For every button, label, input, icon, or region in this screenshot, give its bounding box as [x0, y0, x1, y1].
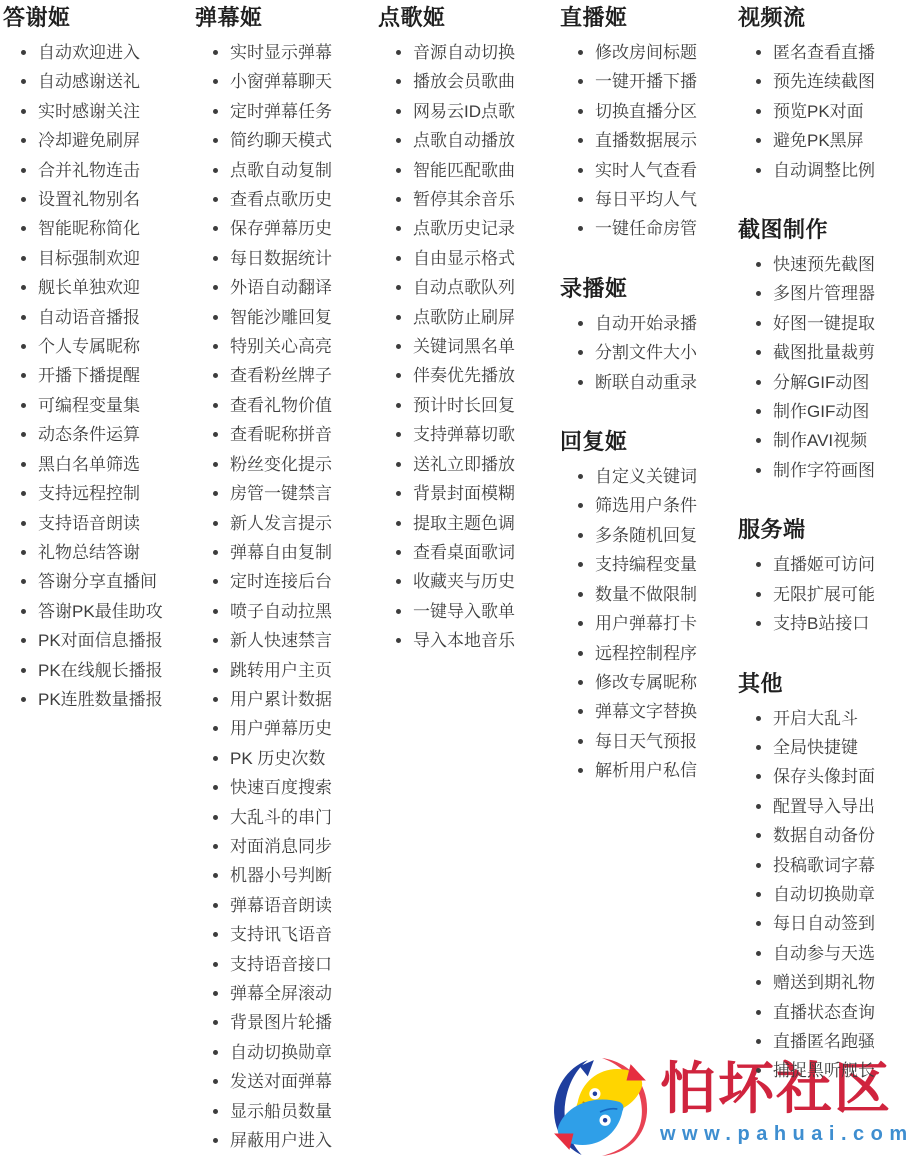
column-2: 弹幕姬实时显示弹幕小窗弹幕聊天定时弹幕任务简约聊天模式点歌自动复制查看点歌历史保… [195, 0, 385, 1155]
feature-item: 数据自动备份 [773, 821, 913, 850]
feature-item: 匿名查看直播 [773, 38, 913, 67]
feature-item: 自动调整比例 [773, 156, 913, 185]
feature-item: 新人发言提示 [230, 509, 385, 538]
feature-item: 用户累计数据 [230, 685, 385, 714]
feature-item: 自动参与天选 [773, 939, 913, 968]
feature-item: 多条随机回复 [595, 521, 750, 550]
column-3: 点歌姬音源自动切换播放会员歌曲网易云ID点歌点歌自动播放智能匹配歌曲暂停其余音乐… [378, 0, 568, 656]
section-4-1: 直播姬修改房间标题一键开播下播切换直播分区直播数据展示实时人气查看每日平均人气一… [560, 6, 750, 244]
feature-item: 实时显示弹幕 [230, 38, 385, 67]
feature-list: 快速预先截图多图片管理器好图一键提取截图批量裁剪分解GIF动图制作GIF动图制作… [738, 250, 913, 485]
feature-item: 预览PK对面 [773, 97, 913, 126]
feature-item: 数量不做限制 [595, 580, 750, 609]
feature-item: 捕捉黑听舰长 [773, 1056, 913, 1085]
feature-item: 支持语音朗读 [38, 509, 193, 538]
feature-item: 可编程变量集 [38, 391, 193, 420]
feature-item: 快速预先截图 [773, 250, 913, 279]
feature-item: 无限扩展可能 [773, 580, 913, 609]
feature-item: 点歌自动复制 [230, 156, 385, 185]
feature-item: 点歌历史记录 [413, 214, 568, 243]
feature-item: 赠送到期礼物 [773, 968, 913, 997]
feature-item: 动态条件运算 [38, 420, 193, 449]
section-title: 弹幕姬 [195, 6, 385, 29]
feature-item: 答谢分享直播间 [38, 567, 193, 596]
feature-item: 对面消息同步 [230, 832, 385, 861]
feature-item: 导入本地音乐 [413, 626, 568, 655]
section-1-1: 答谢姬自动欢迎进入自动感谢送礼实时感谢关注冷却避免刷屏合并礼物连击设置礼物别名智… [3, 6, 193, 714]
section-4-3: 回复姬自定义关键词筛选用户条件多条随机回复支持编程变量数量不做限制用户弹幕打卡远… [560, 430, 750, 785]
feature-item: 支持讯飞语音 [230, 920, 385, 949]
section-5-3: 服务端直播姬可访问无限扩展可能支持B站接口 [738, 518, 913, 638]
column-1: 答谢姬自动欢迎进入自动感谢送礼实时感谢关注冷却避免刷屏合并礼物连击设置礼物别名智… [3, 0, 193, 714]
feature-item: 实时人气查看 [595, 156, 750, 185]
feature-item: PK在线舰长播报 [38, 656, 193, 685]
feature-item: 用户弹幕历史 [230, 714, 385, 743]
section-title: 点歌姬 [378, 6, 568, 29]
section-title: 其他 [738, 672, 913, 695]
section-title: 视频流 [738, 6, 913, 29]
feature-item: 小窗弹幕聊天 [230, 67, 385, 96]
feature-list: 直播姬可访问无限扩展可能支持B站接口 [738, 550, 913, 638]
feature-item: 查看点歌历史 [230, 185, 385, 214]
feature-item: 弹幕自由复制 [230, 538, 385, 567]
two-fish-logo-icon [549, 1056, 651, 1158]
feature-item: 显示船员数量 [230, 1097, 385, 1126]
feature-item: 开播下播提醒 [38, 361, 193, 390]
feature-item: 自动切换勋章 [230, 1038, 385, 1067]
feature-item: 答谢PK最佳助攻 [38, 597, 193, 626]
feature-item: 礼物总结答谢 [38, 538, 193, 567]
feature-item: 查看昵称拼音 [230, 420, 385, 449]
feature-item: 自动点歌队列 [413, 273, 568, 302]
feature-item: 查看桌面歌词 [413, 538, 568, 567]
feature-item: 直播状态查询 [773, 998, 913, 1027]
feature-item: 解析用户私信 [595, 756, 750, 785]
feature-list-page: 答谢姬自动欢迎进入自动感谢送礼实时感谢关注冷却避免刷屏合并礼物连击设置礼物别名智… [0, 0, 913, 1159]
feature-item: 快速百度搜索 [230, 773, 385, 802]
section-title: 服务端 [738, 518, 913, 541]
feature-item: 查看礼物价值 [230, 391, 385, 420]
feature-item: 设置礼物别名 [38, 185, 193, 214]
watermark-site-url: www.pahuai.com [660, 1122, 913, 1146]
feature-item: 筛选用户条件 [595, 491, 750, 520]
feature-item: 喷子自动拉黑 [230, 597, 385, 626]
feature-list: 实时显示弹幕小窗弹幕聊天定时弹幕任务简约聊天模式点歌自动复制查看点歌历史保存弹幕… [195, 38, 385, 1155]
feature-item: 制作AVI视频 [773, 426, 913, 455]
feature-item: 定时连接后台 [230, 567, 385, 596]
feature-item: 冷却避免刷屏 [38, 126, 193, 155]
feature-item: 投稿歌词字幕 [773, 851, 913, 880]
section-5-4: 其他开启大乱斗全局快捷键保存头像封面配置导入导出数据自动备份投稿歌词字幕自动切换… [738, 672, 913, 1086]
section-2-1: 弹幕姬实时显示弹幕小窗弹幕聊天定时弹幕任务简约聊天模式点歌自动复制查看点歌历史保… [195, 6, 385, 1155]
feature-item: 避免PK黑屏 [773, 126, 913, 155]
feature-item: 自动开始录播 [595, 309, 750, 338]
feature-item: 断联自动重录 [595, 368, 750, 397]
feature-item: 播放会员歌曲 [413, 67, 568, 96]
section-title: 回复姬 [560, 430, 750, 453]
feature-item: 查看粉丝牌子 [230, 361, 385, 390]
feature-item: 定时弹幕任务 [230, 97, 385, 126]
feature-item: 弹幕全屏滚动 [230, 979, 385, 1008]
feature-item: 房管一键禁言 [230, 479, 385, 508]
feature-list: 修改房间标题一键开播下播切换直播分区直播数据展示实时人气查看每日平均人气一键任命… [560, 38, 750, 244]
feature-item: 每日天气预报 [595, 727, 750, 756]
feature-item: 一键任命房管 [595, 214, 750, 243]
feature-item: 音源自动切换 [413, 38, 568, 67]
feature-list: 自动开始录播分割文件大小断联自动重录 [560, 309, 750, 397]
feature-item: 制作字符画图 [773, 456, 913, 485]
section-4-2: 录播姬自动开始录播分割文件大小断联自动重录 [560, 277, 750, 397]
feature-item: 截图批量裁剪 [773, 338, 913, 367]
feature-item: 智能沙雕回复 [230, 303, 385, 332]
section-title: 录播姬 [560, 277, 750, 300]
feature-item: 修改房间标题 [595, 38, 750, 67]
section-3-1: 点歌姬音源自动切换播放会员歌曲网易云ID点歌点歌自动播放智能匹配歌曲暂停其余音乐… [378, 6, 568, 656]
feature-item: 暂停其余音乐 [413, 185, 568, 214]
feature-item: 点歌防止刷屏 [413, 303, 568, 332]
feature-item: 支持语音接口 [230, 950, 385, 979]
feature-item: PK 历史次数 [230, 744, 385, 773]
column-4: 直播姬修改房间标题一键开播下播切换直播分区直播数据展示实时人气查看每日平均人气一… [560, 0, 750, 786]
section-5-2: 截图制作快速预先截图多图片管理器好图一键提取截图批量裁剪分解GIF动图制作GIF… [738, 218, 913, 485]
feature-item: 背景封面模糊 [413, 479, 568, 508]
feature-item: 好图一键提取 [773, 309, 913, 338]
feature-list: 自定义关键词筛选用户条件多条随机回复支持编程变量数量不做限制用户弹幕打卡远程控制… [560, 462, 750, 785]
feature-item: 一键开播下播 [595, 67, 750, 96]
feature-item: 直播数据展示 [595, 126, 750, 155]
feature-item: 修改专属昵称 [595, 668, 750, 697]
feature-item: 粉丝变化提示 [230, 450, 385, 479]
feature-item: 配置导入导出 [773, 792, 913, 821]
feature-item: 智能匹配歌曲 [413, 156, 568, 185]
feature-item: 自动切换勋章 [773, 880, 913, 909]
feature-item: 用户弹幕打卡 [595, 609, 750, 638]
feature-item: 特别关心高亮 [230, 332, 385, 361]
section-title: 截图制作 [738, 218, 913, 241]
feature-item: 自由显示格式 [413, 244, 568, 273]
feature-item: 自定义关键词 [595, 462, 750, 491]
feature-item: PK对面信息播报 [38, 626, 193, 655]
feature-item: 分割文件大小 [595, 338, 750, 367]
feature-item: 个人专属昵称 [38, 332, 193, 361]
section-title: 答谢姬 [3, 6, 193, 29]
feature-item: 直播姬可访问 [773, 550, 913, 579]
feature-item: 屏蔽用户进入 [230, 1126, 385, 1155]
feature-item: 支持编程变量 [595, 550, 750, 579]
feature-item: 分解GIF动图 [773, 368, 913, 397]
feature-item: 自动欢迎进入 [38, 38, 193, 67]
feature-item: 关键词黑名单 [413, 332, 568, 361]
feature-item: 弹幕文字替换 [595, 697, 750, 726]
feature-item: PK连胜数量播报 [38, 685, 193, 714]
feature-item: 一键导入歌单 [413, 597, 568, 626]
feature-item: 舰长单独欢迎 [38, 273, 193, 302]
feature-item: 目标强制欢迎 [38, 244, 193, 273]
feature-item: 提取主题色调 [413, 509, 568, 538]
feature-item: 预先连续截图 [773, 67, 913, 96]
feature-item: 收藏夹与历史 [413, 567, 568, 596]
feature-item: 机器小号判断 [230, 861, 385, 890]
feature-item: 每日自动签到 [773, 909, 913, 938]
feature-item: 跳转用户主页 [230, 656, 385, 685]
feature-item: 大乱斗的串门 [230, 803, 385, 832]
feature-list: 音源自动切换播放会员歌曲网易云ID点歌点歌自动播放智能匹配歌曲暂停其余音乐点歌历… [378, 38, 568, 656]
feature-item: 保存弹幕历史 [230, 214, 385, 243]
section-title: 直播姬 [560, 6, 750, 29]
feature-item: 远程控制程序 [595, 639, 750, 668]
feature-item: 智能昵称简化 [38, 214, 193, 243]
feature-item: 发送对面弹幕 [230, 1067, 385, 1096]
feature-item: 保存头像封面 [773, 762, 913, 791]
feature-item: 支持B站接口 [773, 609, 913, 638]
feature-item: 弹幕语音朗读 [230, 891, 385, 920]
feature-item: 多图片管理器 [773, 279, 913, 308]
feature-item: 背景图片轮播 [230, 1008, 385, 1037]
column-5: 视频流匿名查看直播预先连续截图预览PK对面避免PK黑屏自动调整比例截图制作快速预… [738, 0, 913, 1086]
feature-item: 每日平均人气 [595, 185, 750, 214]
feature-item: 全局快捷键 [773, 733, 913, 762]
feature-item: 制作GIF动图 [773, 397, 913, 426]
feature-list: 自动欢迎进入自动感谢送礼实时感谢关注冷却避免刷屏合并礼物连击设置礼物别名智能昵称… [3, 38, 193, 714]
section-5-1: 视频流匿名查看直播预先连续截图预览PK对面避免PK黑屏自动调整比例 [738, 6, 913, 185]
feature-item: 伴奏优先播放 [413, 361, 568, 390]
feature-item: 自动语音播报 [38, 303, 193, 332]
feature-item: 新人快速禁言 [230, 626, 385, 655]
feature-item: 点歌自动播放 [413, 126, 568, 155]
feature-item: 自动感谢送礼 [38, 67, 193, 96]
feature-item: 黑白名单筛选 [38, 450, 193, 479]
feature-item: 直播匿名跑骚 [773, 1027, 913, 1056]
feature-item: 送礼立即播放 [413, 450, 568, 479]
feature-list: 匿名查看直播预先连续截图预览PK对面避免PK黑屏自动调整比例 [738, 38, 913, 185]
feature-item: 每日数据统计 [230, 244, 385, 273]
feature-item: 外语自动翻译 [230, 273, 385, 302]
feature-list: 开启大乱斗全局快捷键保存头像封面配置导入导出数据自动备份投稿歌词字幕自动切换勋章… [738, 704, 913, 1086]
feature-item: 简约聊天模式 [230, 126, 385, 155]
feature-item: 支持远程控制 [38, 479, 193, 508]
feature-item: 合并礼物连击 [38, 156, 193, 185]
feature-item: 支持弹幕切歌 [413, 420, 568, 449]
feature-item: 切换直播分区 [595, 97, 750, 126]
feature-item: 网易云ID点歌 [413, 97, 568, 126]
feature-item: 实时感谢关注 [38, 97, 193, 126]
feature-item: 预计时长回复 [413, 391, 568, 420]
feature-item: 开启大乱斗 [773, 704, 913, 733]
